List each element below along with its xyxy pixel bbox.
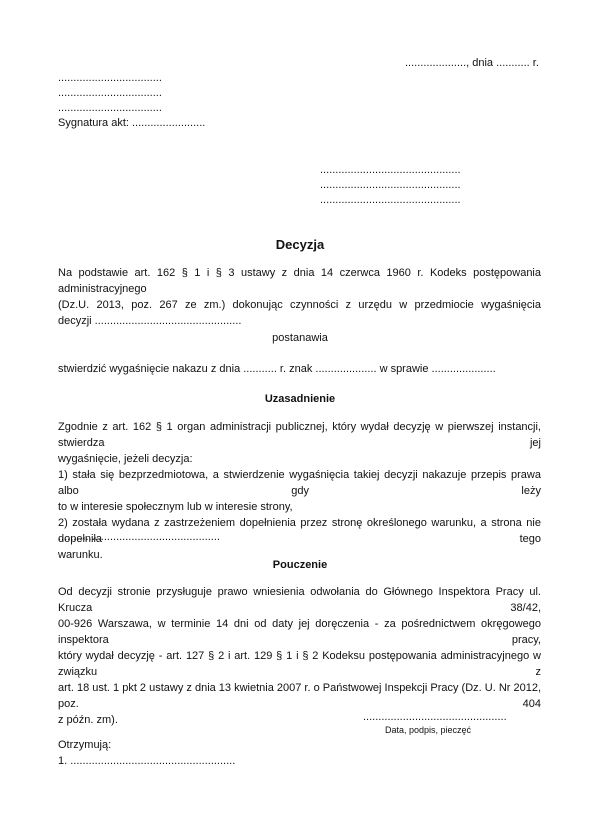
- intro-paragraph: Na podstawie art. 162 § 1 i § 3 ustawy z…: [58, 265, 541, 329]
- place-date: ...................., dnia ........... r…: [405, 55, 539, 71]
- justification-line-3: 1) stała się bezprzedmiotowa, a stwierdz…: [58, 467, 541, 499]
- justification-line-2: wygaśnięcie, jeżeli decyzja:: [58, 451, 541, 467]
- instruction-line-2: 00-926 Warszawa, w terminie 14 dni od da…: [58, 616, 541, 648]
- recipient-line-3: ........................................…: [320, 192, 461, 208]
- instruction-line-1: Od decyzji stronie przysługuje prawo wni…: [58, 584, 541, 616]
- instruction-heading: Pouczenie: [0, 557, 600, 573]
- signature-caption: Data, podpis, pieczęć: [385, 722, 471, 738]
- instruction-line-4: art. 18 ust. 1 pkt 2 ustawy z dnia 13 kw…: [58, 680, 541, 712]
- decision-text: stwierdzić wygaśnięcie nakazu z dnia ...…: [58, 361, 496, 377]
- intro-line-1: Na podstawie art. 162 § 1 i § 3 ustawy z…: [58, 265, 541, 297]
- recipient-item-1: 1. .....................................…: [58, 753, 235, 769]
- recipients-label: Otrzymują:: [58, 737, 111, 753]
- sender-line-3: ..................................: [58, 100, 162, 116]
- sender-line-1: ..................................: [58, 70, 162, 86]
- intro-line-3: decyzji ................................…: [58, 313, 541, 329]
- justification-heading: Uzasadnienie: [0, 391, 600, 407]
- document-title: Decyzja: [0, 237, 600, 253]
- instruction-line-3: który wydał decyzję - art. 127 § 2 i art…: [58, 648, 541, 680]
- decides-label: postanawia: [0, 330, 600, 346]
- justification-blank: ........................................…: [58, 529, 220, 545]
- intro-line-2: (Dz.U. 2013, poz. 267 ze zm.) dokonując …: [58, 297, 541, 313]
- recipient-line-2: ........................................…: [320, 177, 461, 193]
- instruction-paragraph: Od decyzji stronie przysługuje prawo wni…: [58, 584, 541, 728]
- justification-line-1: Zgodnie z art. 162 § 1 organ administrac…: [58, 419, 541, 451]
- case-number: Sygnatura akt: ........................: [58, 115, 205, 131]
- justification-line-4: to w interesie społecznym lub w interesi…: [58, 499, 541, 515]
- recipient-line-1: ........................................…: [320, 162, 461, 178]
- sender-line-2: ..................................: [58, 85, 162, 101]
